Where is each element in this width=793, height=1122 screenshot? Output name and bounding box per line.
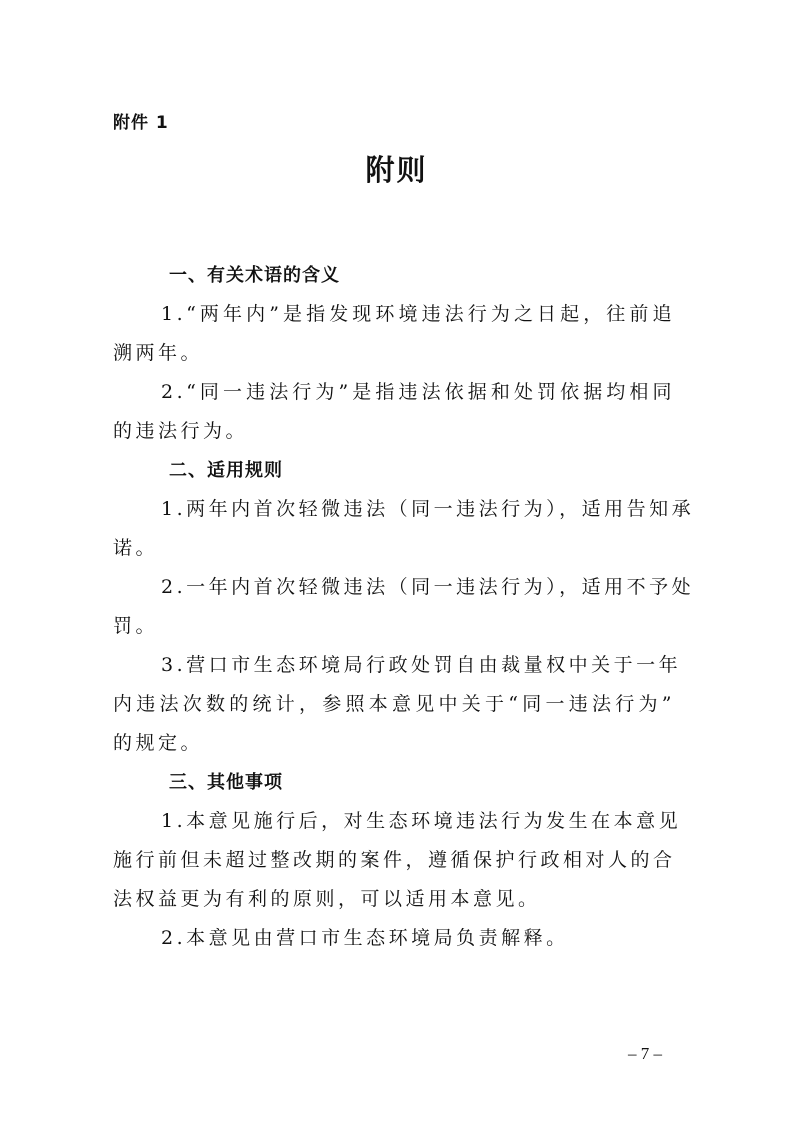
page-number: – 7 – [628, 1044, 662, 1064]
paragraph-line: 1.本意见施行后，对生态环境违法行为发生在本意见 [113, 802, 675, 841]
attachment-label: 附件 1 [113, 108, 169, 133]
paragraph-line: 溯两年。 [113, 334, 675, 373]
paragraph-line: 2.一年内首次轻微违法（同一违法行为），适用不予处 [113, 568, 675, 607]
paragraph-line: 2.“同一违法行为”是指违法依据和处罚依据均相同 [113, 373, 675, 412]
paragraph-line: 2.本意见由营口市生态环境局负责解释。 [113, 919, 675, 958]
paragraph-line: 罚。 [113, 607, 675, 646]
document-title: 附则 [0, 148, 793, 189]
paragraph-line: 内违法次数的统计，参照本意见中关于“同一违法行为” [113, 685, 675, 724]
section-heading-terms: 一、有关术语的含义 [113, 256, 675, 295]
paragraph-line: 诺。 [113, 529, 675, 568]
document-body: 一、有关术语的含义 1.“两年内”是指发现环境违法行为之日起，往前追 溯两年。 … [113, 256, 675, 958]
paragraph-line: 法权益更为有利的原则，可以适用本意见。 [113, 880, 675, 919]
section-heading-rules: 二、适用规则 [113, 451, 675, 490]
paragraph-line: 的违法行为。 [113, 412, 675, 451]
section-heading-other: 三、其他事项 [113, 763, 675, 802]
paragraph-line: 的规定。 [113, 724, 675, 763]
paragraph-line: 施行前但未超过整改期的案件，遵循保护行政相对人的合 [113, 841, 675, 880]
paragraph-line: 1.两年内首次轻微违法（同一违法行为），适用告知承 [113, 490, 675, 529]
paragraph-line: 3.营口市生态环境局行政处罚自由裁量权中关于一年 [113, 646, 675, 685]
paragraph-line: 1.“两年内”是指发现环境违法行为之日起，往前追 [113, 295, 675, 334]
